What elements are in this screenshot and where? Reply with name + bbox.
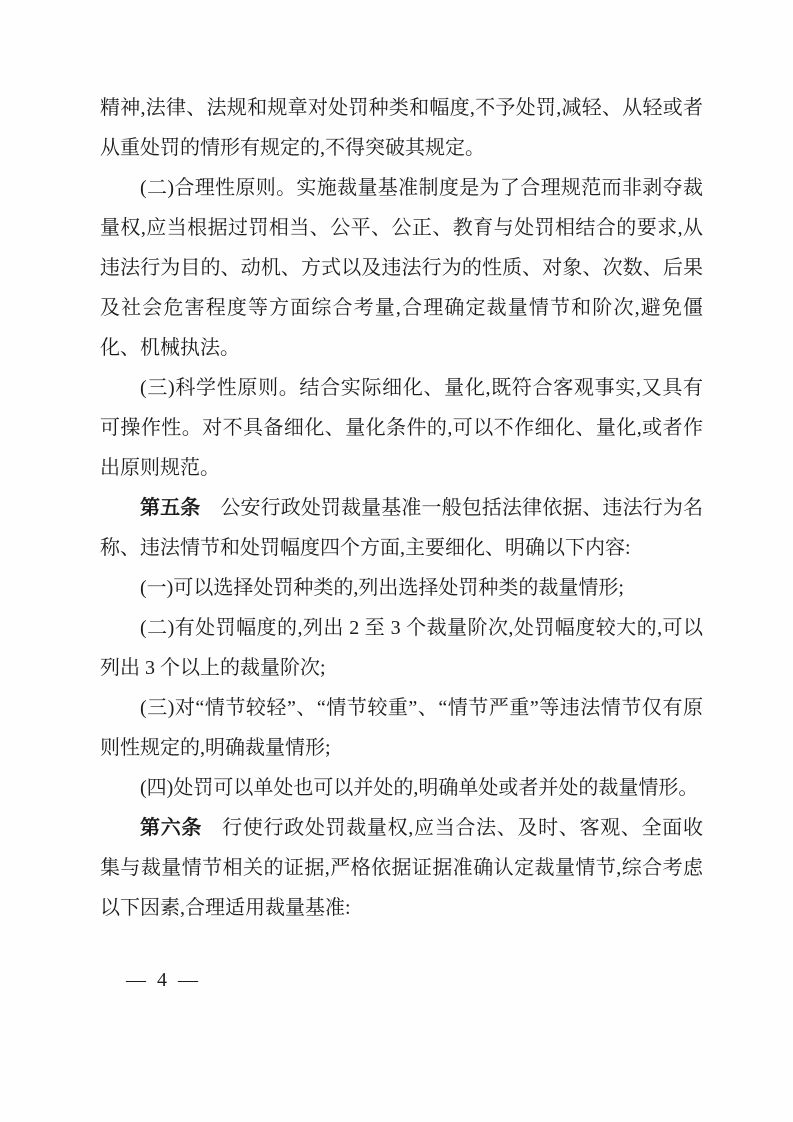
paragraph-text: (三)科学性原则。结合实际细化、量化,既符合客观事实,又具有可操作性。对不具备细… xyxy=(100,377,703,479)
paragraph-article-5-item-3: (三)对“情节较轻”、“情节较重”、“情节严重”等违法情节仅有原则性规定的,明确… xyxy=(100,688,703,768)
paragraph-article-5-item-2: (二)有处罚幅度的,列出 2 至 3 个裁量阶次,处罚幅度较大的,可以列出 3 … xyxy=(100,608,703,688)
paragraph-article-5-item-1: (一)可以选择处罚种类的,列出选择处罚种类的裁量情形; xyxy=(100,568,703,608)
paragraph-article-5: 第五条公安行政处罚裁量基准一般包括法律依据、违法行为名称、违法情节和处罚幅度四个… xyxy=(100,488,703,568)
paragraph-text: (一)可以选择处罚种类的,列出选择处罚种类的裁量情形; xyxy=(140,577,624,599)
document-body: 精神,法律、法规和规章对处罚种类和幅度,不予处罚,减轻、从轻或者从重处罚的情形有… xyxy=(100,88,703,928)
paragraph-text: (三)对“情节较轻”、“情节较重”、“情节严重”等违法情节仅有原则性规定的,明确… xyxy=(100,697,703,759)
paragraph-article-6: 第六条行使行政处罚裁量权,应当合法、及时、客观、全面收集与裁量情节相关的证据,严… xyxy=(100,808,703,928)
article-6-number: 第六条 xyxy=(140,817,202,839)
paragraph-text: 精神,法律、法规和规章对处罚种类和幅度,不予处罚,减轻、从轻或者从重处罚的情形有… xyxy=(100,97,703,159)
article-5-number: 第五条 xyxy=(140,497,200,519)
paragraph-text: (四)处罚可以单处也可以并处的,明确单处或者并处的裁量情形。 xyxy=(140,777,698,799)
document-page: 精神,法律、法规和规章对处罚种类和幅度,不予处罚,减轻、从轻或者从重处罚的情形有… xyxy=(0,0,793,1122)
paragraph-principle-3: (三)科学性原则。结合实际细化、量化,既符合客观事实,又具有可操作性。对不具备细… xyxy=(100,368,703,488)
paragraph-text: (二)有处罚幅度的,列出 2 至 3 个裁量阶次,处罚幅度较大的,可以列出 3 … xyxy=(100,617,703,679)
paragraph-principle-2: (二)合理性原则。实施裁量基准制度是为了合理规范而非剥夺裁量权,应当根据过罚相当… xyxy=(100,168,703,368)
paragraph-continuation: 精神,法律、法规和规章对处罚种类和幅度,不予处罚,减轻、从轻或者从重处罚的情形有… xyxy=(100,88,703,168)
page-number: — 4 — xyxy=(126,965,201,995)
paragraph-text: (二)合理性原则。实施裁量基准制度是为了合理规范而非剥夺裁量权,应当根据过罚相当… xyxy=(100,177,703,359)
paragraph-article-5-item-4: (四)处罚可以单处也可以并处的,明确单处或者并处的裁量情形。 xyxy=(100,768,703,808)
